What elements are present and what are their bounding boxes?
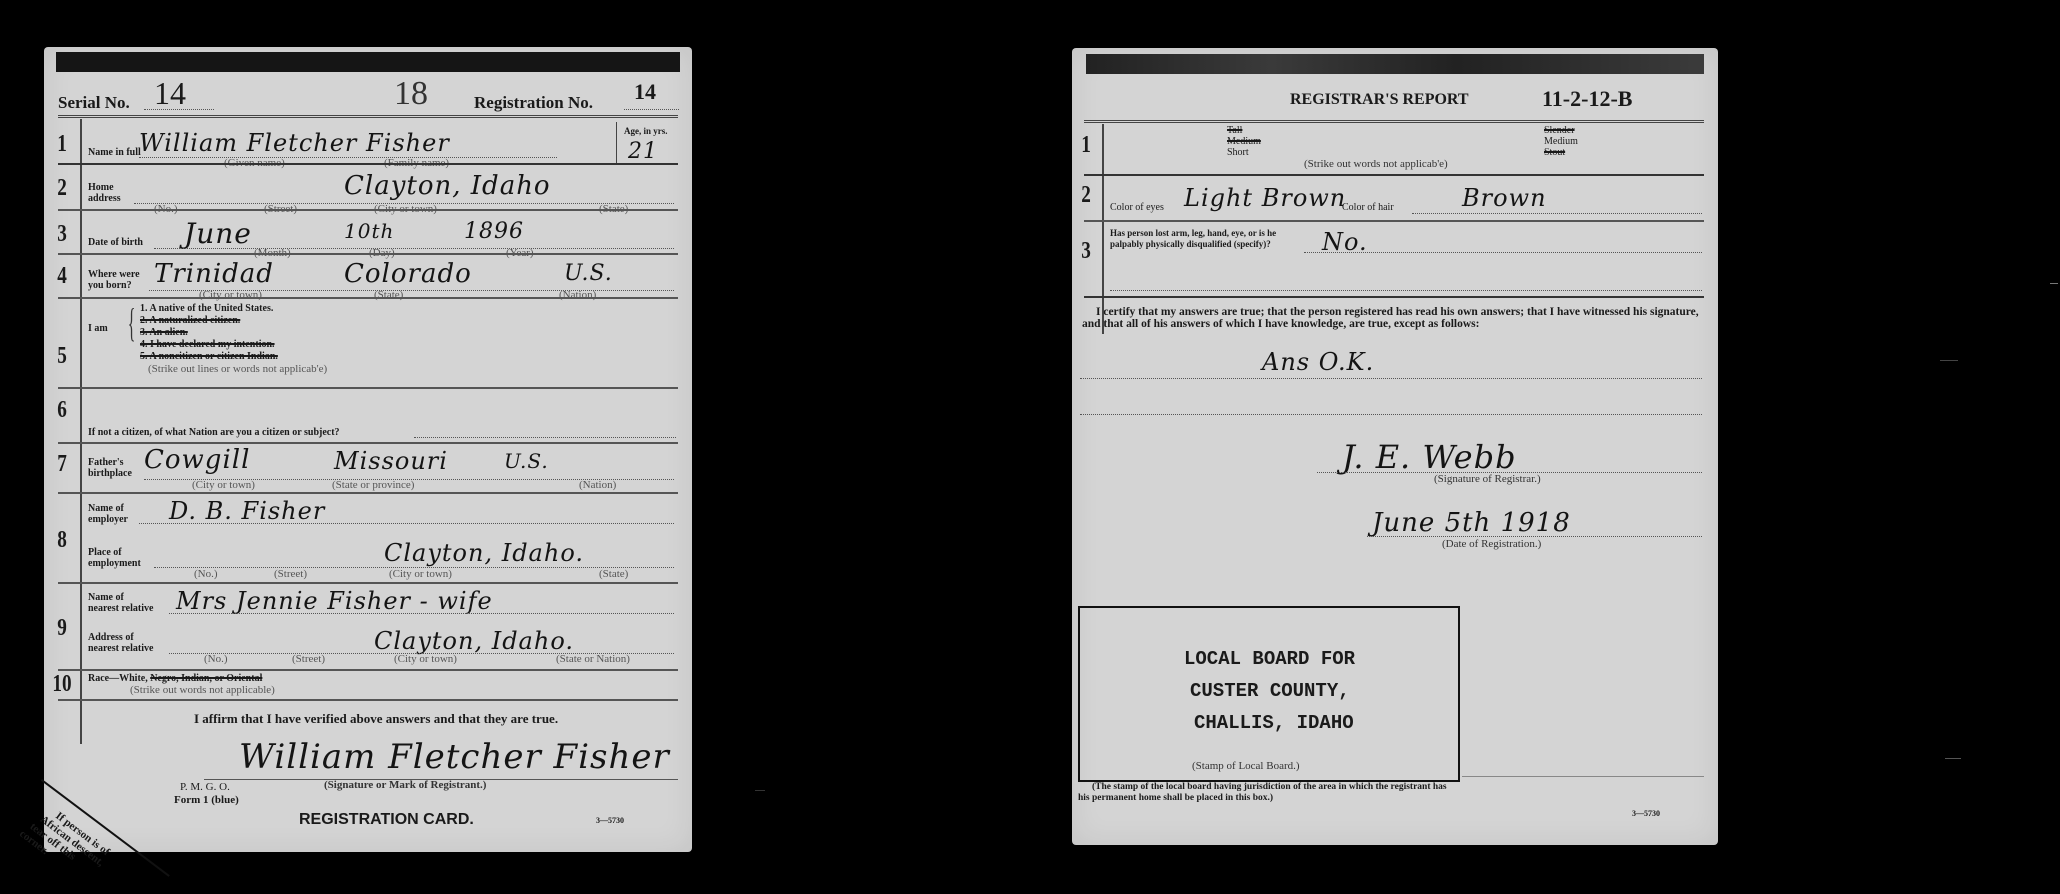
father-birthplace-label-2: birthplace: [88, 468, 132, 479]
citizenship-option-5: 5. A noncitizen or citizen Indian.: [140, 351, 278, 362]
relative-address-value: Clayton, Idaho.: [374, 627, 574, 655]
employer-value: D. B. Fisher: [169, 497, 325, 525]
height-tall: Tall: [1227, 125, 1242, 136]
birth-state: Colorado: [344, 259, 472, 289]
row-number-6: 6: [57, 397, 67, 424]
row-number-8: 8: [57, 527, 67, 554]
exception-value: Ans O.K.: [1262, 348, 1374, 376]
hair-color-label: Color of hair: [1342, 202, 1394, 213]
registration-value: 14: [634, 79, 656, 105]
caption-city: (City or town): [192, 479, 255, 491]
father-nation: U.S.: [504, 449, 549, 473]
report-title: REGISTRAR'S REPORT: [1290, 91, 1469, 109]
caption-state: (State): [374, 289, 403, 301]
affirmation-text: I affirm that I have verified above answ…: [194, 711, 558, 727]
birthplace-label-2: you born?: [88, 280, 132, 291]
registration-label: Registration No.: [474, 93, 593, 113]
father-birthplace-label-1: Father's: [88, 457, 124, 468]
card-top-bar: [56, 52, 680, 72]
race-white: Race—White,: [88, 673, 150, 684]
dob-year: 1896: [464, 219, 524, 244]
caption-no: (No.): [194, 568, 218, 580]
father-city: Cowgill: [144, 445, 250, 475]
card-title: REGISTRATION CARD.: [299, 811, 474, 829]
registration-date-caption: (Date of Registration.): [1442, 538, 1541, 550]
employment-place-label-1: Place of: [88, 547, 122, 558]
relative-label-2: nearest relative: [88, 603, 153, 614]
scan-speck: [2050, 283, 2058, 284]
caption-city: (City or town): [389, 568, 452, 580]
build-slender: Slender: [1544, 125, 1575, 136]
disqualified-label-2: palpably physically disqualified (specif…: [1110, 239, 1271, 250]
eye-color-value: Light Brown: [1184, 184, 1346, 212]
relative-label-1: Name of: [88, 592, 124, 603]
strike-out-note: (Strike out words not applicab'e): [1304, 158, 1448, 170]
row-number-3: 3: [57, 221, 67, 248]
birthplace-label-1: Where were: [88, 269, 140, 280]
form-label: Form 1 (blue): [174, 795, 239, 806]
dob-day: 10th: [344, 219, 394, 243]
race-struck-options: Negro, Indian, or Oriental: [150, 673, 262, 684]
row-number-10: 10: [52, 671, 71, 698]
citizenship-option-4: 4. I have declared my intention.: [140, 339, 275, 350]
caption-state: (State or province): [332, 479, 414, 491]
birth-nation: U.S.: [564, 261, 613, 286]
eye-color-label: Color of eyes: [1110, 202, 1164, 213]
home-address-value: Clayton, Idaho: [344, 171, 551, 201]
strike-out-note: (Strike out lines or words not applicab'…: [148, 363, 327, 375]
i-am-label: I am: [88, 323, 108, 334]
caption-nation: (Nation): [579, 479, 616, 491]
disqualified-label-1: Has person lost arm, leg, hand, eye, or …: [1110, 228, 1276, 239]
employment-place-value: Clayton, Idaho.: [384, 539, 584, 567]
relative-value: Mrs Jennie Fisher - wife: [176, 587, 493, 615]
serial-value: 14: [154, 75, 186, 112]
registrars-report-card: REGISTRAR'S REPORT 11-2-12-B 1 Tall Medi…: [1072, 48, 1718, 845]
dob-month: June: [184, 217, 252, 250]
certification-text: I certify that my answers are true; that…: [1082, 306, 1708, 330]
card-top-bar: [1086, 54, 1704, 74]
father-state: Missouri: [334, 447, 448, 475]
report-row-number-2: 2: [1081, 182, 1091, 209]
registrant-signature: William Fletcher Fisher: [239, 737, 670, 777]
dob-label: Date of birth: [88, 237, 143, 248]
citizenship-option-1: 1. A native of the United States.: [140, 303, 273, 314]
center-number: 18: [394, 75, 428, 113]
race-note: (Strike out words not applicable): [130, 684, 275, 696]
height-medium: Medium: [1227, 136, 1261, 147]
stamp-note: (The stamp of the local board having jur…: [1078, 782, 1458, 804]
registrar-signature: J. E. Webb: [1342, 438, 1517, 476]
row-number-1: 1: [57, 131, 67, 158]
age-label: Age, in yrs.: [624, 126, 668, 137]
employer-label-1: Name of: [88, 503, 124, 514]
employment-place-label-2: employment: [88, 558, 141, 569]
employer-label-2: employer: [88, 514, 128, 525]
caption-state-nation: (State or Nation): [556, 653, 630, 665]
report-row-number-1: 1: [1081, 132, 1091, 159]
birth-city: Trinidad: [154, 259, 274, 289]
form-code: 3—5730: [596, 815, 624, 826]
pmgo-label: P. M. G. O.: [180, 782, 230, 793]
name-label: Name in full: [88, 147, 141, 158]
report-row-number-3: 3: [1081, 238, 1091, 265]
citizenship-option-2: 2. A naturalized citizen.: [140, 315, 240, 326]
stamp-line-2: CUSTER COUNTY,: [1190, 680, 1350, 702]
home-address-label-2: address: [88, 193, 121, 204]
scan-speck: [755, 790, 765, 791]
caption-no: (No.): [204, 653, 228, 665]
tear-off-corner-note: If person is of African descent, tear of…: [17, 799, 113, 888]
build-stout: Stout: [1544, 147, 1565, 158]
citizenship-option-3: 3. An alien.: [140, 327, 188, 338]
row-number-4: 4: [57, 263, 67, 290]
scan-speck: [1945, 758, 1961, 759]
registration-date: June 5th 1918: [1372, 508, 1571, 538]
registrar-signature-caption: (Signature of Registrar.): [1434, 473, 1541, 485]
age-value: 21: [628, 139, 658, 164]
stamp-line-1: LOCAL BOARD FOR: [1184, 648, 1355, 670]
caption-street: (Street): [292, 653, 325, 665]
registration-card: Serial No. 14 18 Registration No. 14 1 N…: [44, 47, 692, 852]
build-medium: Medium: [1544, 136, 1578, 147]
caption-city: (City or town): [394, 653, 457, 665]
relative-address-label-2: nearest relative: [88, 643, 153, 654]
relative-address-label-1: Address of: [88, 632, 134, 643]
caption-city: (City or town): [199, 289, 262, 301]
row-number-5: 5: [57, 343, 67, 370]
race-label: Race—White, Negro, Indian, or Oriental: [88, 673, 262, 684]
serial-label: Serial No.: [58, 93, 130, 113]
row-number-9: 9: [57, 615, 67, 642]
caption-street: (Street): [274, 568, 307, 580]
home-address-label-1: Home: [88, 182, 114, 193]
caption-state: (State): [599, 568, 628, 580]
stamp-line-3: CHALLIS, IDAHO: [1194, 712, 1354, 734]
caption-nation: (Nation): [559, 289, 596, 301]
report-code: 11-2-12-B: [1542, 86, 1632, 112]
row-number-2: 2: [57, 175, 67, 202]
scan-speck: [1940, 360, 1958, 361]
signature-caption: (Signature or Mark of Registrant.): [324, 779, 486, 791]
hair-color-value: Brown: [1462, 184, 1547, 212]
stamp-caption: (Stamp of Local Board.): [1192, 760, 1300, 772]
height-short: Short: [1227, 147, 1249, 158]
foreign-nation-label: If not a citizen, of what Nation are you…: [88, 427, 340, 438]
row-number-7: 7: [57, 451, 67, 478]
report-form-code: 3—5730: [1632, 808, 1660, 819]
name-value: William Fletcher Fisher: [139, 129, 450, 157]
